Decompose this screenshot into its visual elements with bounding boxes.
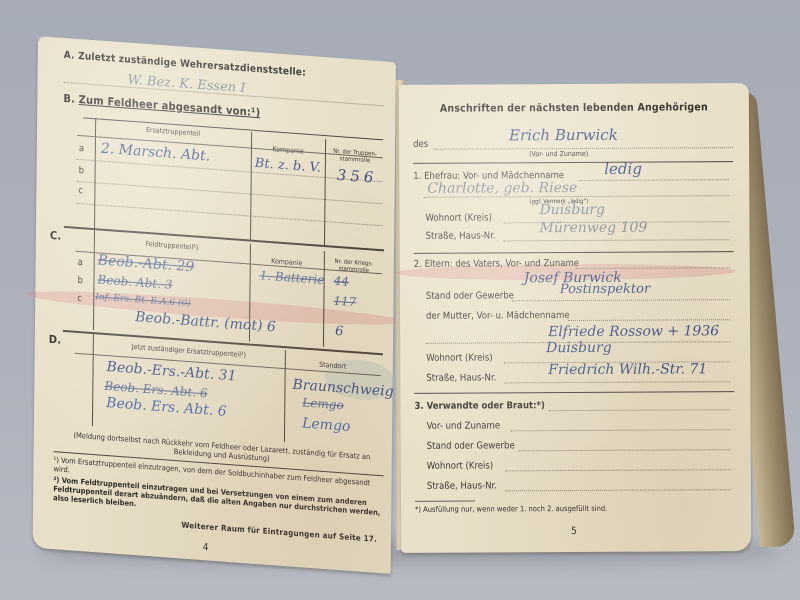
relative-stand-label: Stand oder Gewerbe (427, 440, 515, 451)
field-line (568, 319, 730, 321)
field-line (505, 469, 731, 471)
field-line (576, 267, 730, 269)
c-b-nr: 117 (333, 294, 356, 310)
relative-wohnort-label: Wohnort (Kreis) (427, 460, 493, 471)
c-c-truppenteil: Inf. Ers. Bt. E.A.6 (0) (95, 292, 190, 309)
wohnort-label-2: Wohnort (Kreis) (426, 352, 492, 363)
row-label: c (78, 185, 83, 196)
relative-strasse-label: Straße, Haus-Nr. (427, 480, 497, 491)
continuation-note: Weiterer Raum für Eintragungen auf Seite… (181, 521, 377, 544)
section-a-title: A. Zuletzt zuständige Wehrersatzdienstst… (64, 50, 306, 79)
field-line (504, 239, 730, 241)
d-standort-3: Lemgo (302, 415, 350, 435)
field-line (548, 409, 730, 411)
divider (414, 391, 734, 394)
father-occupation: Postinspektor (560, 282, 650, 297)
stand-label: Stand oder Gewerbe (426, 290, 514, 301)
row-label: c (77, 293, 82, 304)
holder-name: Erich Burwick (509, 126, 618, 145)
table-b-divider (94, 118, 96, 228)
c-current-truppenteil: Beob.-Battr. (mot) 6 (135, 309, 276, 335)
divider (413, 161, 733, 164)
row-label: a (79, 143, 84, 154)
wohnort-label-1: Wohnort (Kreis) (425, 212, 491, 223)
page-number-left: 4 (203, 542, 209, 553)
section-3-label: 3. Verwandte oder Braut:*) (414, 400, 545, 412)
row-line (76, 203, 382, 226)
spouse-strasse: Mürenweg 109 (539, 220, 647, 237)
strasse-label-2: Straße, Haus-Nr. (426, 372, 496, 383)
mother-label: der Mutter, Vor- u. Mädchenname (426, 310, 570, 322)
footnote-divider (415, 501, 475, 502)
footnote: *) Ausfüllung nur, wenn weder 1. noch 2.… (415, 504, 607, 514)
des-label: des (413, 139, 428, 150)
c-a-nr: 44 (334, 274, 349, 289)
section-2-label: 2. Eltern: des Vaters, Vor- und Zuname (414, 258, 579, 270)
parents-strasse: Friedrich Wilh.-Str. 71 (548, 361, 707, 378)
c-current-nr: 6 (335, 324, 343, 340)
des-caption: (Vor- und Zuname) (529, 150, 588, 158)
field-line (519, 449, 731, 451)
row-line (77, 181, 383, 204)
section-c-label: C. (50, 229, 62, 243)
row-label: b (79, 165, 85, 176)
b-a-nr: 356 (337, 166, 378, 187)
strasse-label-1: Straße, Haus-Nr. (426, 230, 496, 241)
c-b-truppenteil: Beob. Abt. 3 (97, 272, 172, 291)
relative-name-label: Vor- und Zuname (427, 420, 501, 431)
row-label: b (77, 275, 83, 286)
marital-status: ledig (604, 160, 642, 178)
d-truppenteil-3: Beob. Ers. Abt. 6 (106, 395, 227, 420)
spouse-name: Charlotte, geb. Riese (427, 180, 577, 197)
page-number-right: 5 (571, 526, 577, 537)
spouse-wohnort: Duisburg (539, 202, 605, 218)
row-label: a (78, 257, 83, 268)
right-page: Anschriften der nächsten lebenden Angehö… (399, 83, 751, 553)
field-line (512, 299, 730, 301)
d-standort-2: Lemgo (302, 395, 344, 412)
left-page: A. Zuletzt zuständige Wehrersatzdienstst… (33, 36, 396, 574)
status-line (579, 179, 729, 181)
parents-wohnort: Duisburg (546, 340, 612, 356)
field-line (511, 429, 731, 431)
field-line (504, 381, 730, 383)
section-d-label: D. (49, 333, 62, 347)
section-a-entry: W. Bez. K. Essen I (128, 73, 246, 97)
page-title: Anschriften der nächsten lebenden Angehö… (399, 101, 749, 115)
mother-name: Elfriede Rossow + 1936 (548, 323, 719, 340)
section-b-title: B. Zum Feldheer abgesandt von:¹) (63, 92, 260, 119)
table-c-divider (93, 230, 95, 330)
divider (414, 251, 734, 254)
field-line (505, 489, 731, 491)
c-a-truppenteil: Beob.-Abt. 29 (98, 252, 195, 275)
c-a-kompanie: 1. Batterie (260, 268, 325, 287)
